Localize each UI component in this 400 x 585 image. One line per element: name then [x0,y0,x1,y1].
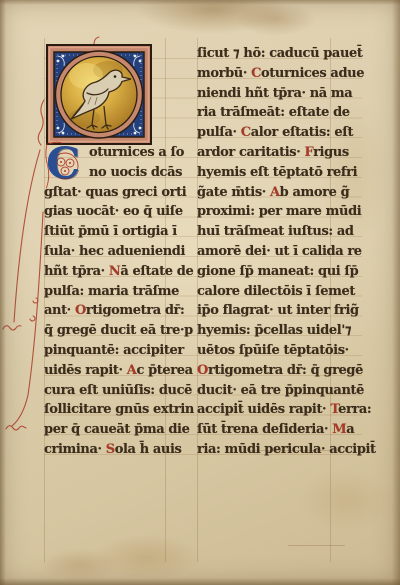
text-segment: ſtiūt p̄mū ī ortigia ī [44,224,177,239]
text-segment: oturnices adue [261,66,364,81]
rubricated-letter: O [75,303,86,318]
rubricated-letter: S [106,442,115,457]
page-edge [0,0,400,5]
text-segment: ola h̄ auis [115,442,182,457]
text-line: uidēs rapit· Ac p̄terea [44,361,196,381]
text-line: hyemis: p̄cellas uidel'⁊ [197,321,367,341]
text-segment: hyemis: p̄cellas uidel'⁊ [197,323,351,338]
text-segment: uidēs rapit· [44,363,127,378]
text-segment: ſūt t̄rena deſideria· [197,422,332,437]
left-text-column: oturnices a ſono uocis dcāsgſtat· quas g… [44,143,196,460]
text-segment: rtigometra dr̄: q̄ gregē [208,363,363,378]
text-line: gias uocāt· eo q̄ uiſe [44,202,196,222]
text-segment: hñt tp̄ra· [44,264,109,279]
text-line: amorē dei· ut ī calida re [197,242,367,262]
text-segment: oturnices a ſo [89,145,184,160]
text-segment: hyemis eſt tēptatō refri [197,165,357,180]
text-segment: crimina· [44,442,106,457]
text-line: proximi: per mare mūdi [197,202,367,222]
text-line: ducit· eā tre p̄pinquantē [197,381,367,401]
text-segment: ā eſtate de [120,264,193,279]
text-line: ip̄o flagrat· ut inter frig̃ [197,301,367,321]
text-segment: ria trāſmeāt: eſtate de [197,105,350,120]
text-line: cura eſt uniūſis: ducē [44,381,196,401]
text-line: no uocis dcās [44,163,196,183]
text-line: gione ſp̄ maneat: qui ſp̄ [197,262,367,282]
rubricated-letter: N [109,264,120,279]
text-segment: huī trāſmeat iuſtus: ad [197,224,354,239]
text-line: ſollicitare gnūs extrin [44,400,196,420]
text-segment: ria: mūdi pericula· accipit̄ [197,442,376,457]
text-segment: per q̄ caueāt p̄ma die [44,422,189,437]
text-segment: ſula· hec adueniendi [44,244,185,259]
text-segment: pinquantē: accipiter [44,343,184,358]
page-edge [0,578,400,585]
text-segment: ſollicitare gnūs extrin [44,402,194,417]
text-line: calore dilectōis ī ſemet [197,282,367,302]
text-segment: accipit̄ uidēs rapit· [197,402,330,417]
text-segment: ip̄o flagrat· ut inter frig̃ [197,303,359,318]
rubricated-letter: O [197,363,208,378]
rubricated-letter: A [127,363,137,378]
text-line: pulſa: maria trāſme [44,282,196,302]
text-segment: c p̄terea [136,363,192,378]
text-line: ſtiūt p̄mū ī ortigia ī [44,222,196,242]
parchment-stain [138,0,288,34]
ruling-line [288,545,345,546]
text-segment: ardor caritatis· [197,145,304,160]
text-segment: uētos ſpūiſe tēptatōis· [197,343,349,358]
text-segment: gſtat· quas greci orti [44,185,186,200]
text-segment: q̄ gregē ducit eā tre·p [44,323,193,338]
text-line: niendi hñt tp̄ra· nā ma [197,84,367,104]
text-segment: pulſa: maria trāſme [44,284,179,299]
text-segment: proximi: per mare mūdi [197,204,361,219]
text-segment: morbū· [197,66,251,81]
text-line: oturnices a ſo [44,143,196,163]
text-segment: alor eſtatis: eſt [251,125,353,140]
parchment-stain [298,468,394,532]
quail-miniature [46,44,152,145]
parchment-stain [40,548,120,582]
text-segment: no uocis dcās [89,165,182,180]
text-segment: calore dilectōis ī ſemet [197,284,355,299]
text-segment: niendi hñt tp̄ra· nā ma [197,86,352,101]
text-segment: b amore g̃ [280,185,350,200]
text-line: ſicut ⁊ hō: caducū pauet̄ [197,44,367,64]
text-line: uētos ſpūiſe tēptatōis· [197,341,367,361]
right-text-column: ſicut ⁊ hō: caducū pauet̄morbū· Coturnic… [197,44,367,460]
manuscript-page: C oturnices a ſono uocis dcāsgſtat· quas… [0,0,400,585]
text-line: ſūt t̄rena deſideria· Ma [197,420,367,440]
text-line: huī trāſmeat iuſtus: ad [197,222,367,242]
page-edge [392,0,400,585]
parchment-stain [236,2,316,36]
text-line: ſula· hec adueniendi [44,242,196,262]
text-line: ant· Ortigometra dr̄: [44,301,196,321]
text-segment: rtigometra dr̄: [86,303,185,318]
text-line: gſtat· quas greci orti [44,183,196,203]
text-line: per q̄ caueāt p̄ma die [44,420,196,440]
text-segment: pulſa· [197,125,241,140]
rubricated-letter: M [332,422,346,437]
text-segment: ant· [44,303,75,318]
text-segment: ducit· eā tre p̄pinquantē [197,383,364,398]
text-line: hyemis eſt tēptatō refri [197,163,367,183]
parchment-stain [92,534,202,580]
page-edge [0,0,6,585]
text-segment: gias uocāt· eo q̄ uiſe [44,204,183,219]
rubricated-letter: C [241,125,251,140]
text-line: morbū· Coturnices adue [197,64,367,84]
text-line: ria trāſmeāt: eſtate de [197,103,367,123]
text-line: crimina· Sola h̄ auis [44,440,196,460]
text-line: pinquantē: accipiter [44,341,196,361]
text-line: g̃ate m̄tis· Ab amore g̃ [197,183,367,203]
text-segment: g̃ate m̄tis· [197,185,270,200]
text-line: q̄ gregē ducit eā tre·p [44,321,196,341]
text-line: Ortigometra dr̄: q̄ gregē [197,361,367,381]
rubricated-letter: F [304,145,313,160]
text-line: accipit̄ uidēs rapit· Terra: [197,400,367,420]
rubricated-letter: A [270,185,280,200]
text-segment: gione ſp̄ maneat: qui ſp̄ [197,264,358,279]
text-segment: a [346,422,354,437]
text-segment: rigus [313,145,349,160]
text-segment: ſicut ⁊ hō: caducū pauet̄ [197,46,363,61]
rubricated-letter: T [330,402,338,417]
text-line: ardor caritatis· Frigus [197,143,367,163]
text-line: hñt tp̄ra· Nā eſtate de [44,262,196,282]
text-line: pulſa· Calor eſtatis: eſt [197,123,367,143]
text-segment: cura eſt uniūſis: ducē [44,383,192,398]
text-segment: erra: [338,402,371,417]
text-segment: amorē dei· ut ī calida re [197,244,362,259]
rubricated-letter: C [251,66,261,81]
text-line: ria: mūdi pericula· accipit̄ [197,440,367,460]
